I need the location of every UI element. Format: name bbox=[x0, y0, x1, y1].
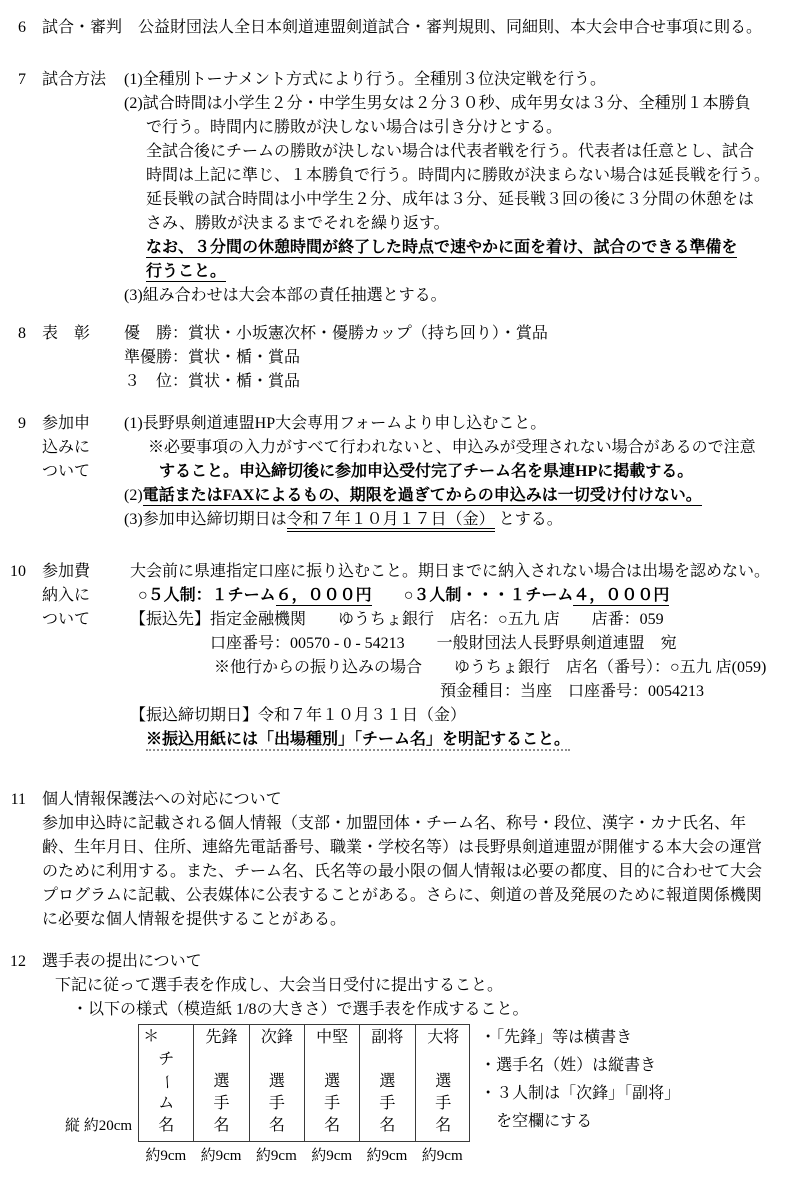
section-number: 6 bbox=[0, 16, 26, 40]
roster-table-block: ＊ チ ー ム 名 先鋒 選 手 名 bbox=[138, 1024, 470, 1168]
section-label: 表 彰 bbox=[42, 322, 124, 394]
doc-line-emphasis: なお、３分間の休憩時間が終了した時点で速やかに面を着け、試合のできる準備を bbox=[146, 236, 790, 260]
prize-line: 優 勝：賞状・小坂憲次杯・優勝カップ（持ち回り）・賞品 bbox=[124, 322, 790, 346]
section-6: 6 試合・審判 公益財団法人全日本剣道連盟剣道試合・審判規則、同細則、本大会申合… bbox=[0, 16, 790, 40]
prize-line: ３ 位：賞状・楯・賞品 bbox=[124, 370, 790, 394]
section-title: 個人情報保護法への対応について bbox=[42, 788, 790, 812]
doc-line: (2)試合時間は小学生２分・中学生男女は２分３０秒、成年男女は３分、全種別１本勝… bbox=[124, 92, 790, 116]
section-11: 11 個人情報保護法への対応について 参加申込時に記載される個人情報（支部・加盟… bbox=[0, 788, 790, 932]
note-line: ・「先鋒」等は横書き bbox=[480, 1024, 680, 1052]
doc-line: (3)参加申込締切期日は令和７年１０月１７日（金） とする。 bbox=[124, 508, 790, 532]
note-line: を空欄にする bbox=[480, 1108, 680, 1136]
doc-line: に必要な個人情報を提供することがある。 bbox=[42, 908, 790, 932]
doc-line: 下記に従って選手表を作成し、大会当日受付に提出すること。 bbox=[55, 974, 790, 998]
asterisk-mark: ＊ bbox=[143, 1025, 159, 1049]
section-12: 12 選手表の提出について 下記に従って選手表を作成し、大会当日受付に提出するこ… bbox=[0, 950, 790, 1022]
fee-line: ○５人制：１チーム６，０００円 ○３人制・・・１チーム４，０００円 bbox=[138, 584, 790, 608]
section-number: 12 bbox=[0, 950, 26, 1022]
roster-col-chuken: 中堅 選 手 名 bbox=[305, 1025, 360, 1141]
section-8: 8 表 彰 優 勝：賞状・小坂憲次杯・優勝カップ（持ち回り）・賞品 準優勝：賞状… bbox=[0, 322, 790, 394]
doc-line: (1)長野県剣道連盟HP大会専用フォームより申し込むこと。 bbox=[124, 412, 790, 436]
section-9: 9 参加申 込みに ついて (1)長野県剣道連盟HP大会専用フォームより申し込む… bbox=[0, 412, 790, 532]
roster-diagram: 縦 約20cm ＊ チ ー ム 名 先鋒 選 手 bbox=[65, 1024, 790, 1168]
doc-line: で行う。時間内に勝敗が決しない場合は引き分けとする。 bbox=[146, 116, 790, 140]
section-7: 7 試合方法 (1)全種別トーナメント方式により行う。全種別３位決定戦を行う。 … bbox=[0, 68, 790, 308]
doc-line: プログラムに記載、公表媒体に公表することがある。さらに、剣道の普及発展のために報… bbox=[42, 884, 790, 908]
section-label: 参加申 込みに ついて bbox=[42, 412, 124, 532]
section-number: 9 bbox=[0, 412, 26, 532]
doc-line-emphasis: 行うこと。 bbox=[146, 260, 790, 284]
section-number: 8 bbox=[0, 322, 26, 394]
doc-line: 延長戦の試合時間は小中学生２分、成年は３分、延長戦３回の後に３分間の休憩をは bbox=[146, 188, 790, 212]
bank-line: ※他行からの振り込みの場合 ゆうちょ銀行 店名（番号）：○五九 店(059) bbox=[214, 656, 790, 680]
roster-col-team: ＊ チ ー ム 名 bbox=[139, 1025, 194, 1141]
section-number: 11 bbox=[0, 788, 26, 932]
bank-line: 【振込先】指定金融機関 ゆうちょ銀行 店名：○五九 店 店番：059 bbox=[130, 608, 790, 632]
bank-line: 預金種目：当座 口座番号：0054213 bbox=[440, 680, 790, 704]
doc-line: 時間は上記に準じ、１本勝負で行う。時間内に勝敗が決まらない場合は延長戦を行う。 bbox=[146, 164, 790, 188]
doc-line: ・以下の様式（模造紙 1/8の大きさ）で選手表を作成すること。 bbox=[72, 998, 790, 1022]
roster-table: ＊ チ ー ム 名 先鋒 選 手 名 bbox=[138, 1024, 470, 1142]
section-number: 7 bbox=[0, 68, 26, 308]
doc-line: 大会前に県連指定口座に振り込むこと。期日までに納入されない場合は出場を認めない。 bbox=[130, 560, 790, 584]
bank-line: 口座番号：00570 - 0 - 54213 一般財団法人長野県剣道連盟 宛 bbox=[210, 632, 790, 656]
doc-line: 全試合後にチームの勝敗が決しない場合は代表者戦を行う。代表者は任意とし、試合 bbox=[146, 140, 790, 164]
doc-line: のために利用する。また、チーム名、氏名等の最小限の個人情報は必要の都度、目的に合… bbox=[42, 860, 790, 884]
note-line: ・３人制は「次鋒」「副将」 bbox=[480, 1080, 680, 1108]
roster-notes: ・「先鋒」等は横書き ・選手名（姓）は縦書き ・３人制は「次鋒」「副将」 を空欄… bbox=[480, 1024, 680, 1168]
doc-line: 公益財団法人全日本剣道連盟剣道試合・審判規則、同細則、本大会申合せ事項に則る。 bbox=[138, 16, 790, 40]
note-line: ・選手名（姓）は縦書き bbox=[480, 1052, 680, 1080]
tournament-rules-document: 6 試合・審判 公益財団法人全日本剣道連盟剣道試合・審判規則、同細則、本大会申合… bbox=[0, 0, 790, 1200]
roster-col-taisho: 大将 選 手 名 bbox=[416, 1025, 471, 1141]
doc-line: (3)組み合わせは大会本部の責任抽選とする。 bbox=[124, 284, 790, 308]
width-dimension-row: 約9cm 約9cm 約9cm 約9cm 約9cm 約9cm bbox=[138, 1144, 470, 1168]
roster-col-jiho: 次鋒 選 手 名 bbox=[250, 1025, 305, 1141]
doc-line-emphasis: ※振込用紙には「出場種別」「チーム名」を明記すること。 bbox=[146, 728, 790, 752]
prize-line: 準優勝：賞状・楯・賞品 bbox=[124, 346, 790, 370]
section-label: 試合・審判 bbox=[42, 16, 124, 40]
doc-line: (1)全種別トーナメント方式により行う。全種別３位決定戦を行う。 bbox=[124, 68, 790, 92]
doc-line: 齢、生年月日、住所、連絡先電話番号、職業・学校名等）は長野県剣道連盟が開催する本… bbox=[42, 836, 790, 860]
section-number: 10 bbox=[0, 560, 26, 752]
section-10: 10 参加費 納入に ついて 大会前に県連指定口座に振り込むこと。期日までに納入… bbox=[0, 560, 790, 752]
doc-line-emphasis: (2)電話またはFAXによるもの、期限を過ぎてからの申込みは一切受け付けない。 bbox=[124, 484, 790, 508]
section-title: 選手表の提出について bbox=[42, 950, 790, 974]
doc-line-emphasis: すること。申込締切後に参加申込受付完了チーム名を県連HPに掲載する。 bbox=[159, 460, 790, 484]
deadline-line: 【振込締切期日】令和７年１０月３１日（金） bbox=[130, 704, 790, 728]
roster-col-fukusho: 副将 選 手 名 bbox=[360, 1025, 415, 1141]
doc-line: 参加申込時に記載される個人情報（支部・加盟団体・チーム名、称号・段位、漢字・カナ… bbox=[42, 812, 790, 836]
doc-line: ※必要事項の入力がすべて行われないと、申込みが受理されない場合があるので注意 bbox=[148, 436, 790, 460]
roster-col-senpo: 先鋒 選 手 名 bbox=[194, 1025, 249, 1141]
doc-line: さみ、勝敗が決まるまでそれを繰り返す。 bbox=[146, 212, 790, 236]
section-label: 試合方法 bbox=[42, 68, 124, 308]
section-label: 参加費 納入に ついて bbox=[42, 560, 124, 752]
height-dimension-label: 縦 約20cm bbox=[65, 1114, 132, 1138]
